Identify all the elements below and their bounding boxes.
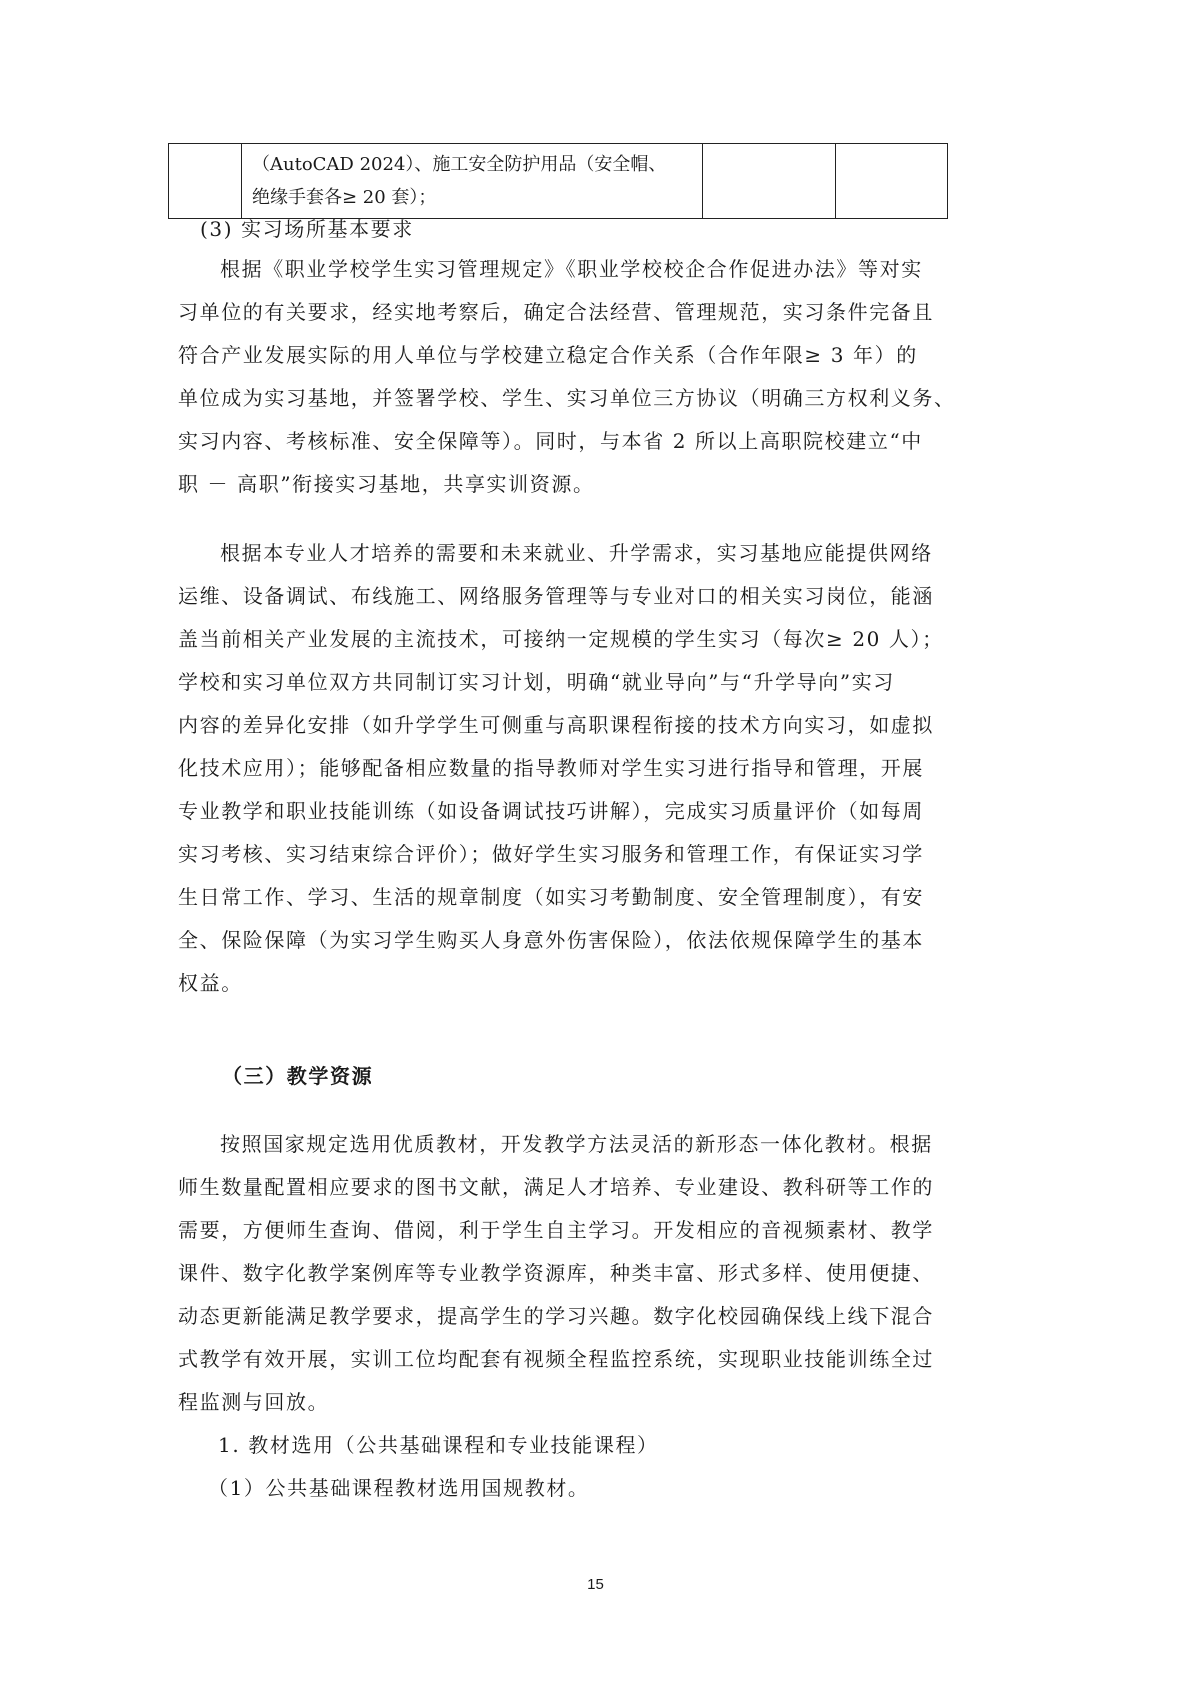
paragraph-line: 化技术应用）；能够配备相应数量的指导教师对学生实习进行指导和管理，开展 — [178, 755, 924, 781]
paragraph-line: 单位成为实习基地，并签署学校、学生、实习单位三方协议（明确三方权利义务、 — [178, 385, 956, 411]
paragraph-line: 根据《职业学校学生实习管理规定》《职业学校校企合作促进办法》等对实 — [220, 256, 923, 282]
page-number: 15 — [0, 1576, 1191, 1593]
paragraph-line: 习单位的有关要求，经实地考察后，确定合法经营、管理规范，实习条件完备且 — [178, 299, 934, 325]
cell-text-line: 绝缘手套各≥ 20 套）； — [252, 181, 692, 214]
paragraph-line: 生日常工作、学习、生活的规章制度（如实习考勤制度、安全管理制度），有安 — [178, 884, 924, 910]
paragraph-line: 全、保险保障（为实习学生购买人身意外伤害保险），依法依规保障学生的基本 — [178, 927, 924, 953]
paragraph-line: 师生数量配置相应要求的图书文献，满足人才培养、专业建设、教科研等工作的 — [178, 1174, 934, 1200]
table-cell — [703, 144, 836, 219]
paragraph-line: 动态更新能满足教学要求，提高学生的学习兴趣。数字化校园确保线上线下混合 — [178, 1303, 934, 1329]
paragraph-line: 学校和实习单位双方共同制订实习计划，明确“就业导向”与“升学导向”实习 — [178, 669, 895, 695]
paragraph-line: 按照国家规定选用优质教材，开发教学方法灵活的新形态一体化教材。根据 — [220, 1131, 933, 1157]
table-row: （AutoCAD 2024）、施工安全防护用品（安全帽、 绝缘手套各≥ 20 套… — [169, 144, 948, 219]
paragraph-line: 运维、设备调试、布线施工、网络服务管理等与专业对口的相关实习岗位，能涵 — [178, 583, 934, 609]
table-cell — [836, 144, 948, 219]
paragraph-line: 根据本专业人才培养的需要和未来就业、升学需求，实习基地应能提供网络 — [220, 540, 933, 566]
cell-text-line: （AutoCAD 2024）、施工安全防护用品（安全帽、 — [252, 148, 692, 181]
paragraph-line: 需要，方便师生查询、借阅，利于学生自主学习。开发相应的音视频素材、教学 — [178, 1217, 934, 1243]
paragraph-line: 课件、数字化教学案例库等专业教学资源库，种类丰富、形式多样、使用便捷、 — [178, 1260, 934, 1286]
subsection-heading: (3) 实习场所基本要求 — [200, 216, 414, 242]
paragraph-line: 职 － 高职”衔接实习基地，共享实训资源。 — [178, 471, 595, 497]
paragraph-line: 符合产业发展实际的用人单位与学校建立稳定合作关系（合作年限≥ 3 年）的 — [178, 342, 918, 368]
section-heading: （三）教学资源 — [222, 1063, 373, 1089]
paragraph-line: 内容的差异化安排（如升学学生可侧重与高职课程衔接的技术方向实习，如虚拟 — [178, 712, 934, 738]
table-cell: （AutoCAD 2024）、施工安全防护用品（安全帽、 绝缘手套各≥ 20 套… — [242, 144, 703, 219]
paragraph-line: 式教学有效开展，实训工位均配套有视频全程监控系统，实现职业技能训练全过 — [178, 1346, 934, 1372]
equipment-table: （AutoCAD 2024）、施工安全防护用品（安全帽、 绝缘手套各≥ 20 套… — [168, 143, 948, 219]
paragraph-line: 程监测与回放。 — [178, 1389, 329, 1415]
document-page: （AutoCAD 2024）、施工安全防护用品（安全帽、 绝缘手套各≥ 20 套… — [0, 0, 1191, 1684]
paragraph-line: 专业教学和职业技能训练（如设备调试技巧讲解），完成实习质量评价（如每周 — [178, 798, 924, 824]
paragraph-line: 实习内容、考核标准、安全保障等）。同时，与本省 2 所以上高职院校建立“中 — [178, 428, 923, 454]
paragraph-line: 盖当前相关产业发展的主流技术，可接纳一定规模的学生实习（每次≥ 20 人）； — [178, 626, 944, 652]
list-item: （1）公共基础课程教材选用国规教材。 — [208, 1475, 590, 1501]
paragraph-line: 权益。 — [178, 970, 243, 996]
list-item: 1. 教材选用（公共基础课程和专业技能课程） — [218, 1432, 659, 1458]
table-cell — [169, 144, 242, 219]
paragraph-line: 实习考核、实习结束综合评价）；做好学生实习服务和管理工作，有保证实习学 — [178, 841, 924, 867]
